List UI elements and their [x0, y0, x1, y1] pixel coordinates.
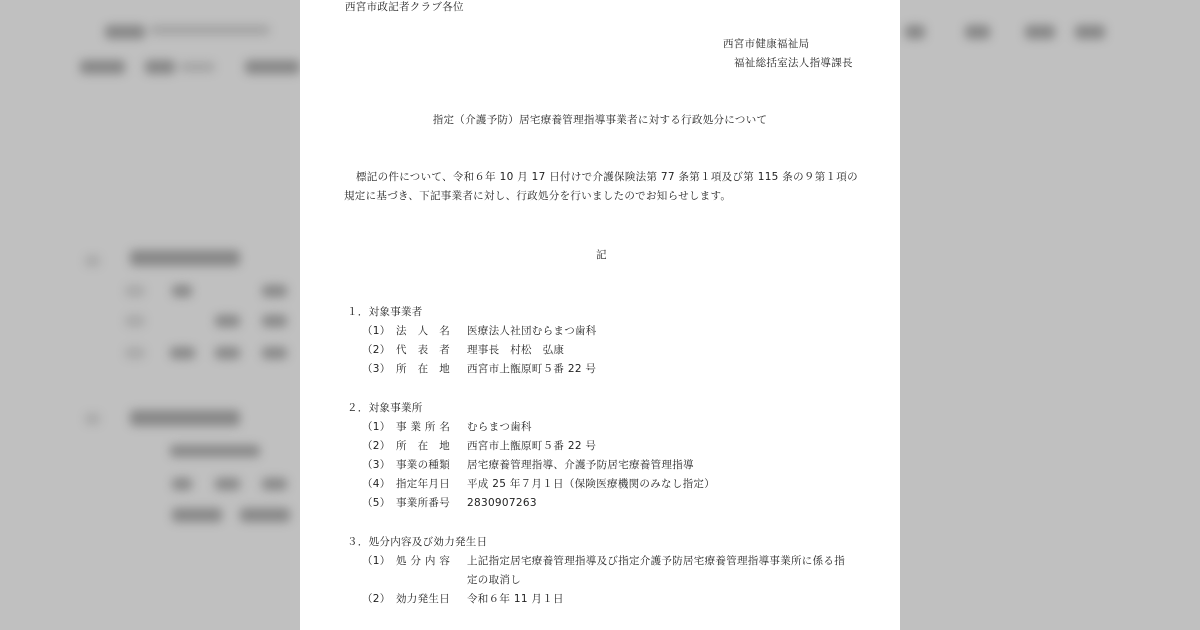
item-value-continued: 定の取消し: [467, 573, 521, 587]
item-label: 事 業 所 名: [396, 420, 450, 434]
item-num: （3）: [362, 362, 391, 376]
item-label: 事業所番号: [396, 496, 450, 510]
sender-title: 福祉総括室法人指導課長: [734, 56, 853, 70]
item-label: 所 在 地: [396, 439, 450, 453]
item-label: 所 在 地: [396, 362, 450, 376]
section-heading-3: ３．処分内容及び効力発生日: [347, 535, 487, 549]
section-heading-1: １．対象事業者: [347, 305, 423, 319]
item-num: （3）: [362, 458, 391, 472]
item-value: 令和６年 11 月１日: [467, 592, 564, 606]
item-num: （5）: [362, 496, 391, 510]
ki-marker: 記: [596, 248, 607, 262]
addressee: 西宮市政記者クラブ各位: [345, 0, 464, 14]
section-heading-2: ２．対象事業所: [347, 401, 423, 415]
document-page: 西宮市政記者クラブ各位 西宮市健康福祉局 福祉総括室法人指導課長 指定（介護予防…: [300, 0, 900, 630]
item-num: （2）: [362, 592, 391, 606]
item-label: 代 表 者: [396, 343, 450, 357]
item-value: 西宮市上甑原町５番 22 号: [467, 439, 596, 453]
item-value: 上記指定居宅療養管理指導及び指定介護予防居宅療養管理指導事業所に係る指: [467, 554, 845, 568]
item-value: 西宮市上甑原町５番 22 号: [467, 362, 596, 376]
item-value: 平成 25 年７月１日（保険医療機関のみなし指定）: [467, 477, 715, 491]
item-num: （1）: [362, 554, 391, 568]
item-label: 事業の種類: [396, 458, 450, 472]
item-num: （2）: [362, 439, 391, 453]
item-num: （1）: [362, 420, 391, 434]
item-label: 効力発生日: [396, 592, 450, 606]
item-label: 法 人 名: [396, 324, 450, 338]
document-title: 指定（介護予防）居宅療養管理指導事業者に対する行政処分について: [300, 113, 900, 127]
sender-department: 西宮市健康福祉局: [723, 37, 809, 51]
item-value: 理事長 村松 弘康: [467, 343, 564, 357]
item-value: むらまつ歯科: [467, 420, 532, 434]
item-label: 指定年月日: [396, 477, 450, 491]
item-num: （2）: [362, 343, 391, 357]
item-num: （1）: [362, 324, 391, 338]
body-line-2: 規定に基づき、下記事業者に対し、行政処分を行いましたのでお知らせします。: [344, 189, 731, 203]
body-line-1: 標記の件について、令和６年 10 月 17 日付けで介護保険法第 77 条第１項…: [356, 170, 858, 184]
item-value: 医療法人社団むらまつ歯科: [467, 324, 597, 338]
item-value: 居宅療養管理指導、介護予防居宅療養管理指導: [467, 458, 694, 472]
item-value: 2830907263: [467, 496, 537, 510]
item-label: 処 分 内 容: [396, 554, 450, 568]
item-num: （4）: [362, 477, 391, 491]
